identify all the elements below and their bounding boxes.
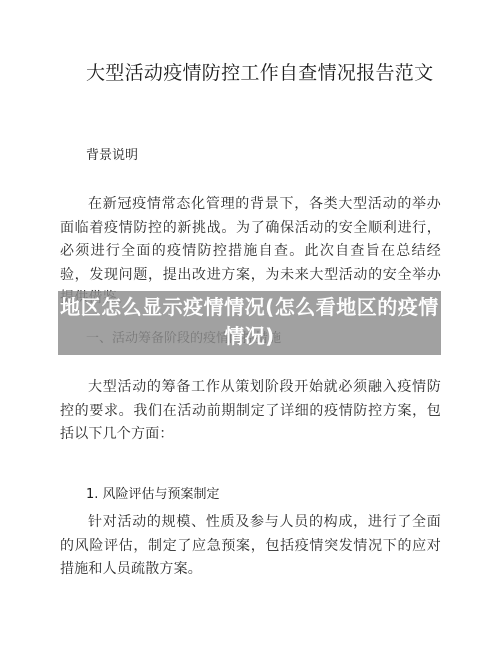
paragraph-preparation: 大型活动的筹备工作从策划阶段开始就必须融入疫情防控的要求。我们在活动前期制定了详…	[60, 376, 441, 447]
document-page: 大型活动疫情防控工作自查情况报告范文 背景说明 在新冠疫情常态化管理的背景下，各…	[0, 0, 500, 647]
overlay-title-banner: 地区怎么显示疫情情况(怎么看地区的疫情情况)	[58, 291, 441, 355]
section-heading-risk-assessment: 1. 风险评估与预案制定	[86, 486, 220, 504]
document-title: 大型活动疫情防控工作自查情况报告范文	[86, 60, 466, 86]
section-heading-background: 背景说明	[86, 147, 138, 165]
overlay-title-text: 地区怎么显示疫情情况(怎么看地区的疫情情况)	[58, 293, 441, 351]
paragraph-risk-assessment: 针对活动的规模、性质及参与人员的构成，进行了全面的风险评估，制定了应急预案，包括…	[60, 511, 441, 582]
